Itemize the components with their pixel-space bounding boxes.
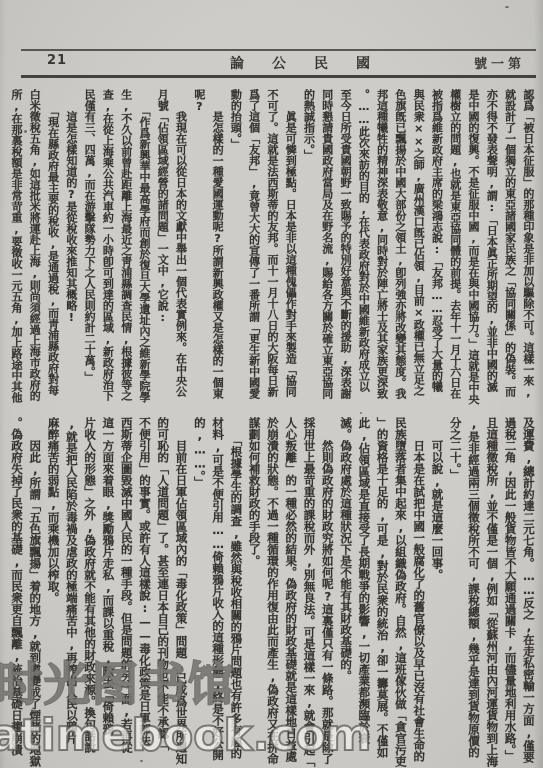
header-top-rule <box>21 49 536 51</box>
text-column: 我現在可以從日本的文獻中舉出一個代表實例來。在中央公論一 <box>173 89 190 405</box>
text-column: 與民衆××之師,廣州漢口旣已佔領,目前×政權已無立足之地,五 <box>410 89 427 405</box>
text-column: 所,在那裏稅額是非常苛重,要徵收一元五角,加上路途中其他負擔 <box>8 89 25 405</box>
text-column: 「現在縣政府最主要的稅收,是通過稅,而靑浦縣政府對每一擔 <box>45 89 62 405</box>
text-column: 至今日所受貴國朝野一致賜予的特別好意與不斷的援助,深表謝忱, <box>337 89 354 405</box>
text-column: ,是非經過兩三個徵稅所不可,課稅總額,幾乎是達到貨物原價的百 <box>465 417 482 768</box>
journal-title: 論公民國 <box>230 53 398 73</box>
scan-page: 21 論公民國 號一第 認爲「被日本征服」的那種印象是非加以驅除不可。這樣一來,… <box>0 0 543 768</box>
text-column: 動的抬頭。」 <box>227 89 244 405</box>
watermark-website: atimebook.com <box>0 710 372 761</box>
text-column: 爲了這個「友邦」,竟曾大大的宣傳了一番所謂「更生新中國愛國運 <box>246 89 263 405</box>
text-column: 民族墮落者集中起來,以組織偽政府。自然,這班傢伙做「貪官污吏 <box>392 417 409 768</box>
text-column: 日本是在試把中國一般腐化了的舊官僚以及早已沒有社會生命的 <box>410 417 427 768</box>
text-column: 生,不久以前曾赴距離上海最近之靑浦縣調查民情,根據彼等之調 <box>118 89 135 405</box>
text-column: 」的資格是十足的,可是,對於民衆的統治,卻一籌莫展。不僅如 <box>374 417 391 768</box>
text-column: 民僅有三、四萬,而在游擊隊勢力下之人民則約計二十萬。」 <box>81 89 98 405</box>
scan-speck <box>505 6 509 8</box>
text-column: 呢? <box>191 89 208 405</box>
text-column: 。……此次來訪的目的,在代表政府對於中國維新政府成立以來,迄 <box>355 89 372 405</box>
text-column: 眞是可憐到極點。日本是非以這種傀儡作對手來製造「協同體」 <box>282 89 299 405</box>
text-column: 邦這種犧牲的精神深表敬意,同時對於陣亡將士及其家族更深致哀悼 <box>374 89 391 405</box>
text-column: 查,在從上海乘公共汽車約一小時卽可到達的區域,新政府治下之人 <box>99 89 116 405</box>
text-column: 是中國的復興。不是征服中國,而是在與中國協力。」這就是中央政 <box>465 89 482 405</box>
text-column: 是怎樣的一種愛國運動呢?所謂新興政權又是怎樣的一個東西 <box>209 89 226 405</box>
text-column: 的熱誠指示。」 <box>301 89 318 405</box>
text-column: 可以說,就是這麼一回事。 <box>428 417 445 768</box>
watermark-library-name: 时光图书馆 <box>0 648 236 714</box>
text-column: 及運費,總計約達二元七角。……反之,在走私密輸一方面,僅要通 <box>520 417 537 768</box>
text-column: 不可了。這就是法西斯蒂的友邦。而十一月十八日的大阪每日新聞, <box>264 89 281 405</box>
top-text-block: 認爲「被日本征服」的那種印象是非加以驅除不可。這樣一來,他們就設計了一個獨立的東… <box>8 89 537 405</box>
issue-number: 號一第 <box>474 53 525 72</box>
text-column: 白米徵稅五角,如這批米將運赴上海,則尚須經過上海市政府的徵稅 <box>26 89 43 405</box>
text-column: 被指爲維新政府主席的梁鴻志說:「友邦……忍受了大量的犧牲,以 <box>428 89 445 405</box>
text-column: 月號「佔領區域經營的諸問題」一文中,它說: <box>154 89 171 405</box>
text-column: 就設計了一個獨立的東亞諸國家民族之「協同關係」的偽裝。而日本 <box>502 89 519 405</box>
header-bottom-rule <box>21 75 536 78</box>
page-number: 21 <box>47 53 67 68</box>
scan-speck <box>24 130 27 133</box>
text-column: 分之二十。」 <box>447 417 464 768</box>
text-column: 亦不得不發表聲明,謂:「日本眞正所期望的,並非中國的滅亡,而 <box>483 89 500 405</box>
scan-speck <box>360 412 362 414</box>
text-column: 權樹立的問題,也就是東亞協同體的前提。去年十一月十六日在東京 <box>447 89 464 405</box>
text-column: 過稅二角,因此一般貨物皆不大願通過關卡,而儘量地利用水路。」而 <box>502 417 519 768</box>
text-column: 且這種徵稅所,並不僅是一個,例如「從蘇州河由內河運貨物到上海 <box>483 417 500 768</box>
text-column: 同時懇請貴國政府當局及在野名流,賜給各方關於確立東亞協同體 <box>319 89 336 405</box>
text-column: 這是怎樣知道的?是從稅收來推知其概略! <box>63 89 80 405</box>
text-column: 認爲「被日本征服」的那種印象是非加以驅除不可。這樣一來,他們 <box>520 89 537 405</box>
text-column: 色旗旣已飄揚於中國大部份之領土,卽列強亦將改變其態度。我對友 <box>392 89 409 405</box>
text-column: 「作爲新興華中最高學府而創於復旦大學遺址內之維新學院學 <box>136 89 153 405</box>
